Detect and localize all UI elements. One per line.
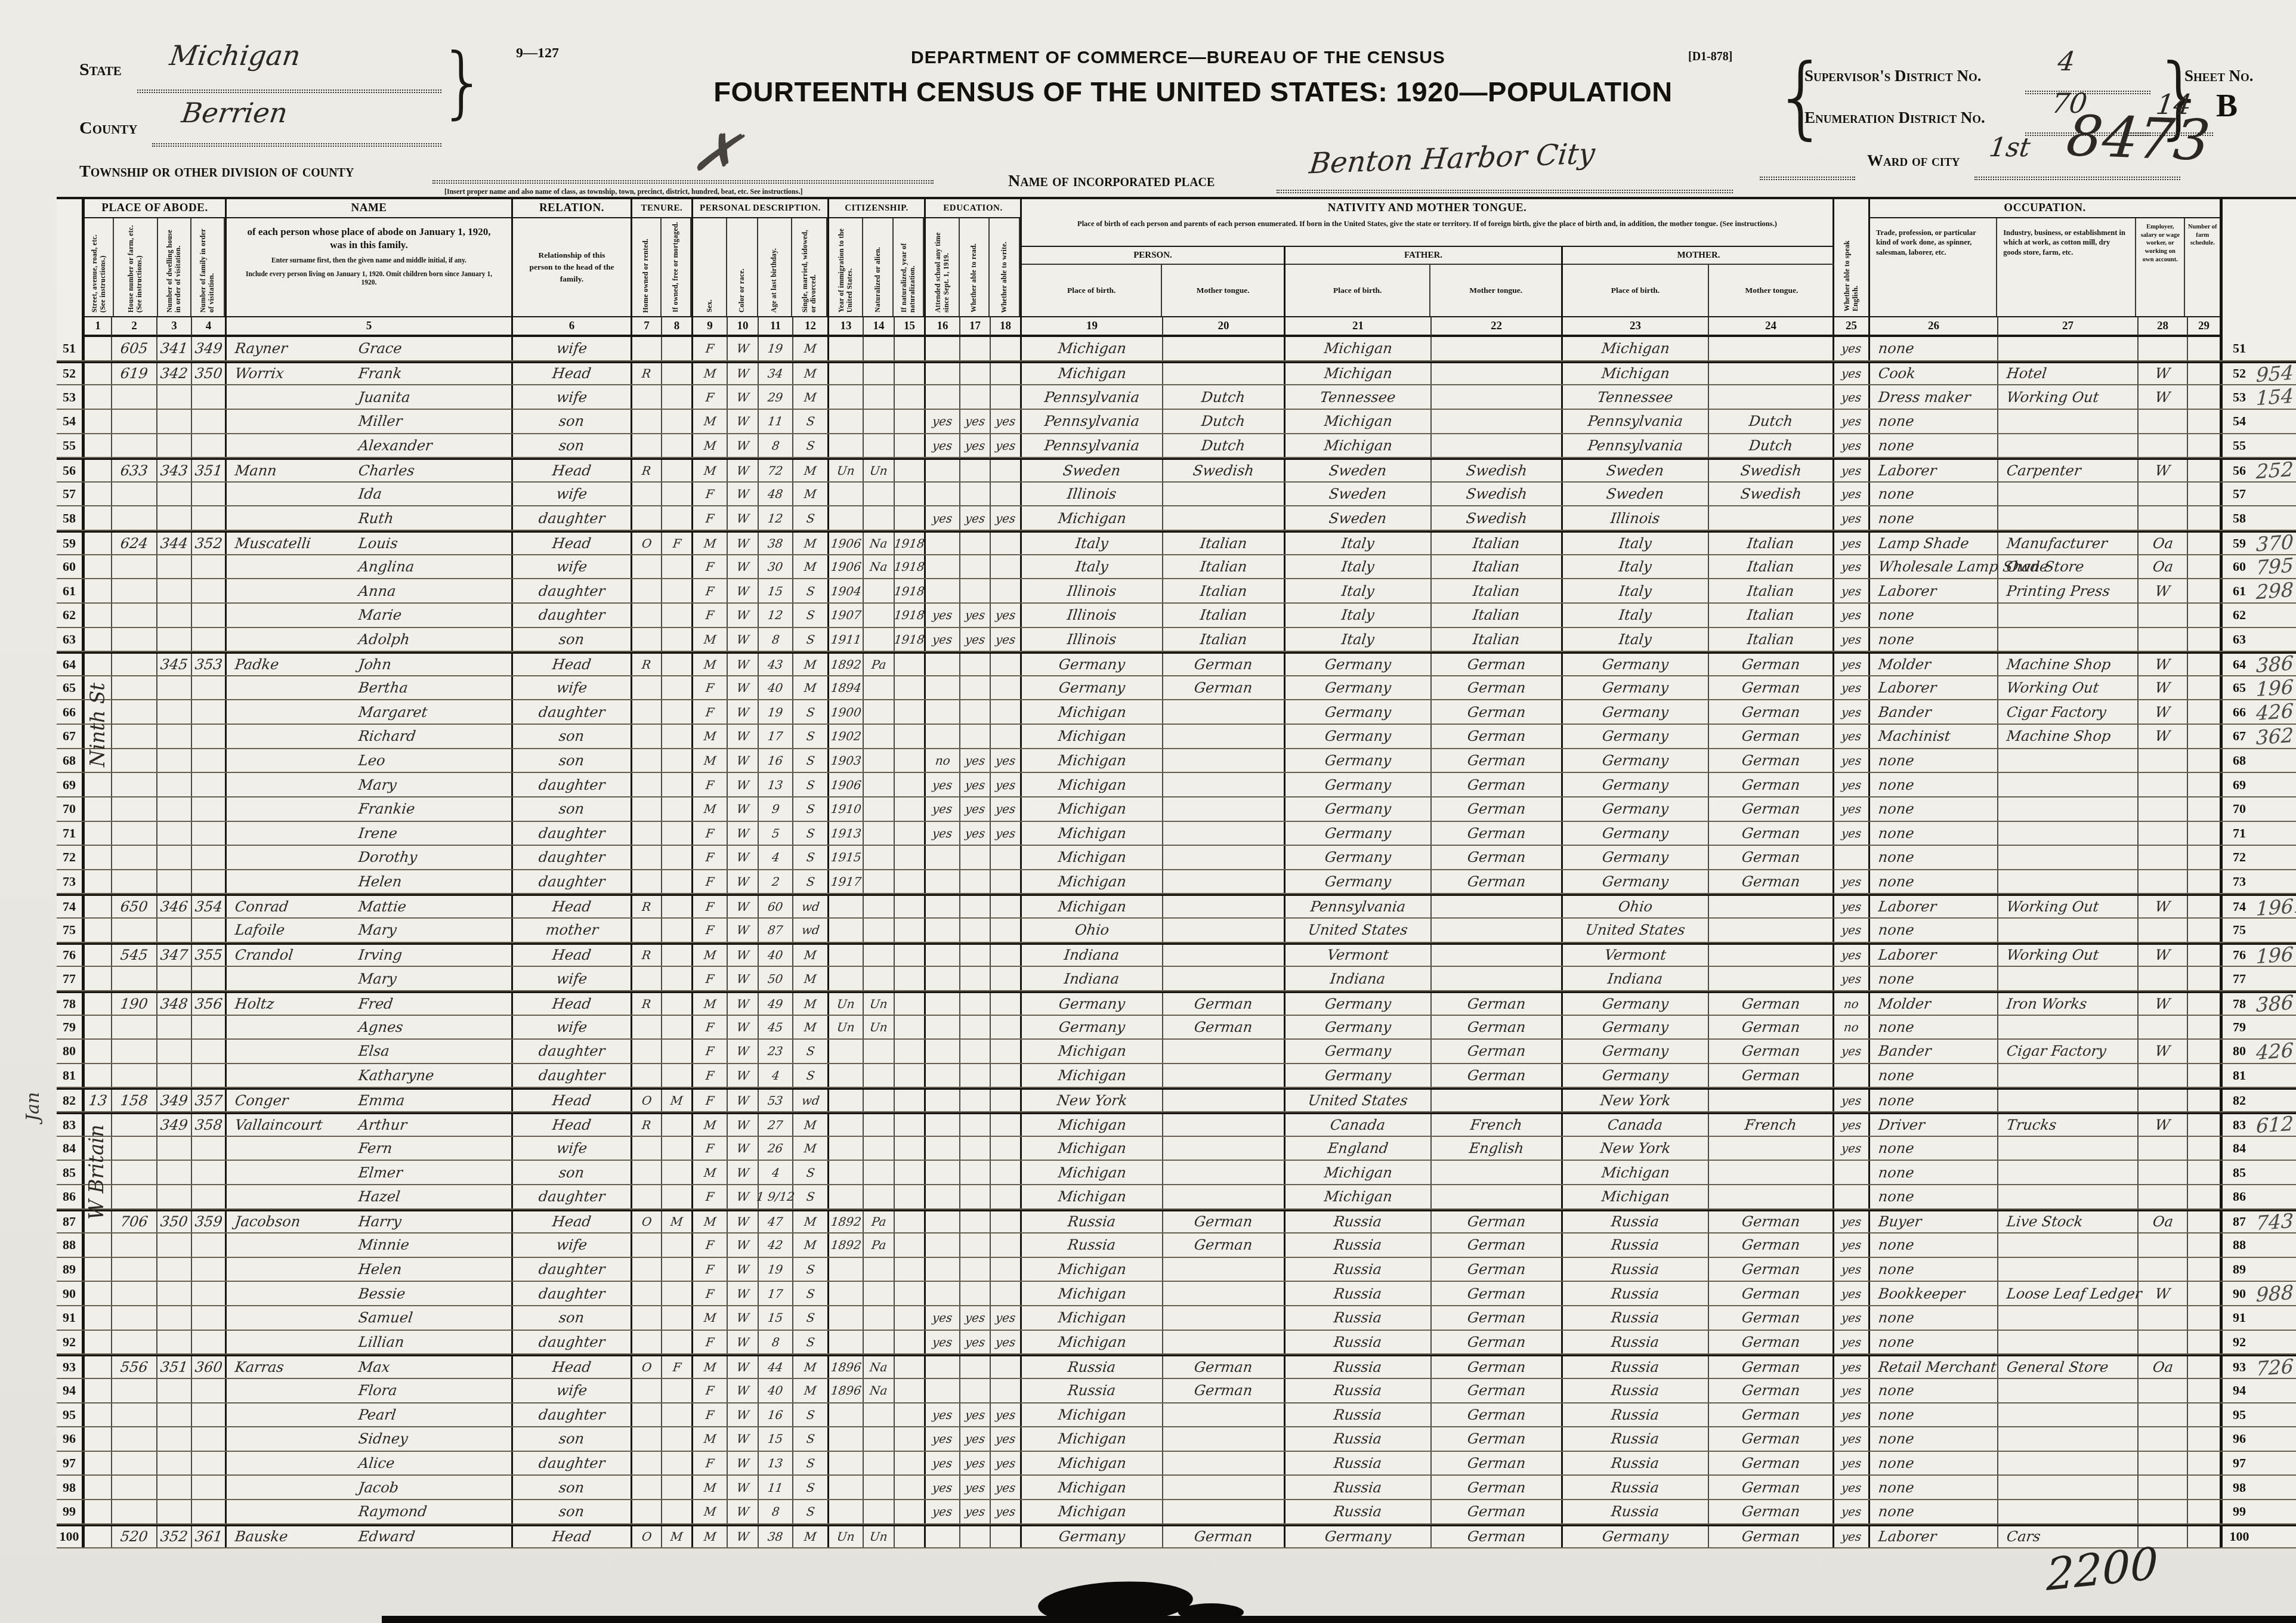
cell: Russia	[1285, 1211, 1432, 1233]
cell	[2188, 533, 2223, 554]
cell	[829, 1331, 864, 1354]
cell	[82, 919, 112, 942]
cell: Pa	[864, 654, 895, 675]
cell: M	[793, 1234, 829, 1257]
cell	[926, 896, 960, 917]
line-number: 51	[57, 337, 82, 360]
cell: 1896	[829, 1379, 864, 1402]
cell	[926, 1016, 960, 1039]
column-number: 15	[895, 316, 926, 337]
margin-pencil-number: 426	[2256, 1040, 2296, 1063]
cell: none	[1870, 1016, 1998, 1039]
cell	[632, 1137, 662, 1160]
cell	[112, 654, 157, 675]
cell	[926, 579, 960, 602]
cell: Italian	[1432, 579, 1563, 602]
cell	[2139, 1258, 2188, 1281]
cell	[2188, 870, 2223, 894]
cell: son	[513, 1500, 632, 1523]
cell	[829, 363, 864, 385]
cell: Illinois	[1022, 483, 1163, 506]
cell	[926, 654, 960, 675]
cell	[991, 846, 1022, 869]
cell: United States	[1285, 919, 1432, 942]
line-number-right: 54	[2223, 410, 2256, 433]
enumeration-district-label: Enumeration District No.	[1804, 109, 1985, 127]
cell	[960, 725, 991, 748]
cell	[192, 749, 227, 772]
cell: O	[632, 1211, 662, 1233]
cell: Russia	[1285, 1500, 1432, 1523]
cell: Italy	[1563, 604, 1709, 627]
cell	[1163, 1403, 1285, 1427]
line-number-right: 94	[2223, 1379, 2256, 1402]
cell: Germany	[1022, 654, 1163, 675]
cell	[112, 1476, 157, 1499]
cell	[1709, 919, 1834, 942]
cell: Russia	[1285, 1331, 1432, 1354]
cell: German	[1432, 676, 1563, 700]
cell: F	[693, 870, 728, 894]
cell: Russia	[1563, 1331, 1709, 1354]
cell	[926, 1379, 960, 1402]
cell	[829, 1040, 864, 1063]
cell: W	[728, 967, 759, 990]
line-number: 99	[57, 1500, 82, 1523]
cell: W	[2139, 1114, 2188, 1136]
cell: 706	[112, 1211, 157, 1233]
cell	[2188, 604, 2223, 627]
cell: RaynerGrace	[227, 337, 513, 360]
cell: JacobsonHarry	[227, 1211, 513, 1233]
cell: W	[2139, 993, 2188, 1015]
cell: yes	[991, 822, 1022, 845]
cell: German	[1709, 725, 1834, 748]
cell	[1834, 1161, 1870, 1184]
cell	[2188, 385, 2223, 409]
cell	[632, 700, 662, 724]
cell: German	[1709, 846, 1834, 869]
column-number: 13	[829, 316, 864, 337]
street-name-vertical: Ninth St	[83, 555, 112, 894]
cell	[1998, 1137, 2139, 1160]
column-number: 5	[227, 316, 513, 337]
cell: 1906	[829, 533, 864, 554]
cell: Indiana	[1285, 967, 1432, 990]
cell: Germany	[1563, 1526, 1709, 1548]
cell	[829, 919, 864, 942]
line-number-right: 82	[2223, 1090, 2256, 1111]
cell	[960, 1016, 991, 1039]
cell: yes	[960, 410, 991, 433]
cell: Hotel	[1998, 363, 2139, 385]
cell: F	[693, 1040, 728, 1063]
margin-pencil-number: 954	[2256, 363, 2296, 385]
cell: 45	[759, 1016, 793, 1039]
cell	[2188, 1258, 2223, 1281]
cell	[1998, 967, 2139, 990]
margin-pencil-number	[2256, 1090, 2296, 1111]
cell: none	[1870, 410, 1998, 433]
cell	[112, 506, 157, 530]
cell: Buyer	[1870, 1211, 1998, 1233]
line-number-right: 98	[2223, 1476, 2256, 1499]
cell	[991, 1114, 1022, 1136]
cell	[1163, 1040, 1285, 1063]
cell	[2139, 1234, 2188, 1257]
cell: 48	[759, 483, 793, 506]
cell: Pennsylvania	[1563, 410, 1709, 433]
cell: none	[1870, 1427, 1998, 1451]
cell	[864, 896, 895, 917]
cell: Pennsylvania	[1563, 434, 1709, 457]
cell: Russia	[1563, 1476, 1709, 1499]
cell: yes	[926, 1331, 960, 1354]
cell: yes	[1834, 1258, 1870, 1281]
cell: 19	[759, 700, 793, 724]
cell: CrandolIrving	[227, 945, 513, 966]
form-number: 9—127	[516, 45, 559, 61]
cell: Oa	[2139, 533, 2188, 554]
cell: yes	[926, 410, 960, 433]
cell	[2139, 483, 2188, 506]
cell: W	[2139, 700, 2188, 724]
county-line	[152, 143, 441, 147]
table-row: 92LilliandaughterFW8SyesyesyesMichiganRu…	[57, 1331, 2296, 1355]
cell: Michigan	[1022, 822, 1163, 845]
cell: Germany	[1285, 1064, 1432, 1087]
cell	[864, 410, 895, 433]
cell: W	[728, 870, 759, 894]
cell: Marie	[227, 604, 513, 627]
cell: S	[793, 822, 829, 845]
cell: Working Out	[1998, 385, 2139, 409]
column-header: Color or race.	[727, 218, 758, 316]
cell: 1892	[829, 1211, 864, 1233]
cell: yes	[991, 1452, 1022, 1475]
cell: Michigan	[1022, 363, 1163, 385]
cell: W	[728, 533, 759, 554]
cell: daughter	[513, 604, 632, 627]
table-row: 85ElmersonMW4SMichiganMichiganMichiganno…	[57, 1161, 2296, 1185]
cell: S	[793, 700, 829, 724]
cell: 355	[192, 945, 227, 966]
cell: none	[1870, 846, 1998, 869]
cell: R	[632, 896, 662, 917]
cell	[864, 1137, 895, 1160]
cell: M	[793, 363, 829, 385]
margin-pencil-number: 386	[2256, 993, 2296, 1015]
cell: Italy	[1563, 533, 1709, 554]
cell: 349	[157, 1090, 192, 1111]
cell: daughter	[513, 1258, 632, 1281]
line-number-right: 58	[2223, 506, 2256, 530]
cell: Manufacturer	[1998, 533, 2139, 554]
margin-pencil-number: 386	[2256, 654, 2296, 675]
cell	[157, 1379, 192, 1402]
cell: none	[1870, 1064, 1998, 1087]
cell	[864, 967, 895, 990]
column-number-row: 1234567891011121314151617181920212223242…	[57, 316, 2296, 337]
cell	[895, 725, 926, 748]
cell	[2139, 1427, 2188, 1451]
cell: M	[793, 654, 829, 675]
cell: Germany	[1285, 1016, 1432, 1039]
cell: Dress maker	[1870, 385, 1998, 409]
cell: M	[693, 460, 728, 481]
cell: F	[693, 1452, 728, 1475]
cell	[829, 896, 864, 917]
cell: Laborer	[1870, 579, 1998, 602]
cell	[157, 1306, 192, 1330]
cell	[1163, 846, 1285, 869]
cell	[157, 1500, 192, 1523]
margin-pencil-number	[2256, 1137, 2296, 1160]
cell	[2188, 1282, 2223, 1305]
cell	[632, 749, 662, 772]
cell: 1917	[829, 870, 864, 894]
cell: Italian	[1709, 555, 1834, 579]
cell: 30	[759, 555, 793, 579]
cell: yes	[1834, 749, 1870, 772]
cell: yes	[926, 434, 960, 457]
cell: yes	[960, 1427, 991, 1451]
ward-value: 1st	[1987, 132, 2032, 163]
cell: 357	[192, 1090, 227, 1111]
cell	[960, 700, 991, 724]
cell: Russia	[1563, 1211, 1709, 1233]
line-number-right: 77	[2223, 967, 2256, 990]
cell	[157, 676, 192, 700]
cell: 1892	[829, 654, 864, 675]
cell	[1834, 846, 1870, 869]
cell: Richard	[227, 725, 513, 748]
cell	[895, 1114, 926, 1136]
cell	[2188, 1137, 2223, 1160]
cell: Loose Leaf Ledger	[1998, 1282, 2139, 1305]
cell	[895, 363, 926, 385]
cell: Germany	[1285, 676, 1432, 700]
table-row: 95PearldaughterFW16SyesyesyesMichiganRus…	[57, 1403, 2296, 1428]
cell: Working Out	[1998, 945, 2139, 966]
cell	[112, 579, 157, 602]
cell: F	[693, 1258, 728, 1281]
cell	[662, 1452, 693, 1475]
cell: 346	[157, 896, 192, 917]
cell: 1910	[829, 797, 864, 821]
cell	[1998, 1306, 2139, 1330]
line-number: 67	[57, 725, 82, 748]
line-number-right: 92	[2223, 1331, 2256, 1354]
cell: none	[1870, 1500, 1998, 1523]
cell	[662, 773, 693, 796]
cell: Sweden	[1563, 460, 1709, 481]
cell: Italy	[1563, 579, 1709, 602]
sheet-label: Sheet No.	[2184, 67, 2254, 85]
cell	[864, 1114, 895, 1136]
cell: M	[693, 1161, 728, 1184]
cell	[632, 1306, 662, 1330]
cell	[112, 725, 157, 748]
table-row: 73HelendaughterFW2S1917MichiganGermanyGe…	[57, 870, 2296, 895]
cell: German	[1163, 1379, 1285, 1402]
cell	[1432, 363, 1563, 385]
cell: M	[693, 410, 728, 433]
cell: 38	[759, 1526, 793, 1548]
table-row: 84FernwifeFW26MMichiganEnglandEnglishNew…	[57, 1137, 2296, 1161]
cell	[864, 676, 895, 700]
cell: Canada	[1563, 1114, 1709, 1136]
cell	[82, 967, 112, 990]
nativity-subgroup: MOTHER.Place of birth.Mother tongue.	[1563, 247, 1834, 316]
cell: Germany	[1285, 1040, 1432, 1063]
cell: German	[1432, 1306, 1563, 1330]
cell	[2188, 822, 2223, 845]
cell	[991, 385, 1022, 409]
cell	[864, 1476, 895, 1499]
cell: HoltzFred	[227, 993, 513, 1015]
cell	[960, 1090, 991, 1111]
cell: German	[1432, 1282, 1563, 1305]
margin-pencil-number	[2256, 1379, 2296, 1402]
line-number-right: 56	[2223, 460, 2256, 481]
margin-pencil-number: 196	[2256, 676, 2296, 700]
line-number-right: 70	[2223, 797, 2256, 821]
cell	[662, 725, 693, 748]
cell: M	[693, 1306, 728, 1330]
cell	[829, 1161, 864, 1184]
cell: Machine Shop	[1998, 725, 2139, 748]
cell	[829, 410, 864, 433]
cell	[1998, 337, 2139, 360]
cell	[112, 749, 157, 772]
cell	[2188, 628, 2223, 651]
cell: yes	[960, 1306, 991, 1330]
cell: Illinois	[1022, 579, 1163, 602]
cell: 633	[112, 460, 157, 481]
cell: S	[793, 628, 829, 651]
cell: yes	[1834, 604, 1870, 627]
line-number-right: 51	[2223, 337, 2256, 360]
cell	[632, 846, 662, 869]
line-number: 66	[57, 700, 82, 724]
column-number: 10	[728, 316, 759, 337]
cell: yes	[1834, 967, 1870, 990]
cell: Margaret	[227, 700, 513, 724]
cell: Michigan	[1022, 1064, 1163, 1087]
cell: none	[1870, 919, 1998, 942]
column-header: Year of immigration to the United States…	[829, 218, 863, 316]
cell	[960, 555, 991, 579]
cell: no	[1834, 993, 1870, 1015]
cell	[2188, 993, 2223, 1015]
cell	[1998, 1403, 2139, 1427]
cell	[192, 579, 227, 602]
cell: yes	[1834, 460, 1870, 481]
cell	[991, 1282, 1022, 1305]
cell	[926, 1114, 960, 1136]
cell	[662, 1064, 693, 1087]
cell: Michigan	[1022, 725, 1163, 748]
cell	[82, 337, 112, 360]
cell: Dutch	[1163, 385, 1285, 409]
cell: W	[728, 1258, 759, 1281]
cell	[662, 919, 693, 942]
cell: ConradMattie	[227, 896, 513, 917]
cell	[895, 676, 926, 700]
cell	[895, 1161, 926, 1184]
cell: Italian	[1432, 533, 1563, 554]
table-row: 68LeosonMW16S1903noyesyesMichiganGermany…	[57, 749, 2296, 774]
cell: none	[1870, 434, 1998, 457]
cell: Germany	[1285, 993, 1432, 1015]
line-number: 82	[57, 1090, 82, 1111]
cell	[82, 1064, 112, 1087]
cell: 29	[759, 385, 793, 409]
margin-pencil-number: 726	[2256, 1356, 2296, 1378]
cell: yes	[991, 604, 1022, 627]
line-number-right: 69	[2223, 773, 2256, 796]
cell: yes	[926, 1427, 960, 1451]
cell: Un	[864, 1016, 895, 1039]
cell	[157, 1040, 192, 1063]
cell: Retail Merchant	[1870, 1356, 1998, 1378]
cell: Ohio	[1563, 896, 1709, 917]
margin-pencil-number: 298	[2256, 579, 2296, 602]
cell	[895, 700, 926, 724]
table-row: 64345353PadkeJohnHeadRMW43M1892PaGermany…	[57, 652, 2296, 676]
cell	[157, 725, 192, 748]
cell	[1432, 896, 1563, 917]
cell: F	[693, 483, 728, 506]
margin-pencil-number	[2256, 1526, 2296, 1548]
cell: Germany	[1022, 676, 1163, 700]
group-occupation: OCCUPATION.Trade, profession, or particu…	[1870, 199, 2223, 316]
line-number-right: 83	[2223, 1114, 2256, 1136]
cell: S	[793, 1306, 829, 1330]
cell: W	[728, 1185, 759, 1208]
column-header: Single, married, widowed, or divorced.	[792, 218, 827, 316]
cell: 43	[759, 654, 793, 675]
cell	[82, 896, 112, 917]
cell	[112, 822, 157, 845]
supervisors-district-label: Supervisor's District No.	[1804, 67, 1982, 85]
line-number-right: 78	[2223, 993, 2256, 1015]
line-number-right: 91	[2223, 1306, 2256, 1330]
cell	[2188, 1090, 2223, 1111]
cell: Head	[513, 533, 632, 554]
cell	[864, 773, 895, 796]
line-number-right: 73	[2223, 870, 2256, 894]
cell: son	[513, 410, 632, 433]
cell: W	[728, 483, 759, 506]
cell	[1998, 797, 2139, 821]
cell: Michigan	[1022, 749, 1163, 772]
cell: Head	[513, 1526, 632, 1548]
cell	[991, 1356, 1022, 1378]
cell: O	[632, 1526, 662, 1548]
cell	[895, 1090, 926, 1111]
margin-pencil-number	[2256, 1016, 2296, 1039]
cell	[2139, 604, 2188, 627]
cell: Un	[829, 1526, 864, 1548]
census-title: FOURTEENTH CENSUS OF THE UNITED STATES: …	[686, 75, 1700, 108]
cell	[895, 1040, 926, 1063]
cell: daughter	[513, 506, 632, 530]
cell: yes	[926, 1306, 960, 1330]
cell	[112, 483, 157, 506]
cell	[82, 1306, 112, 1330]
